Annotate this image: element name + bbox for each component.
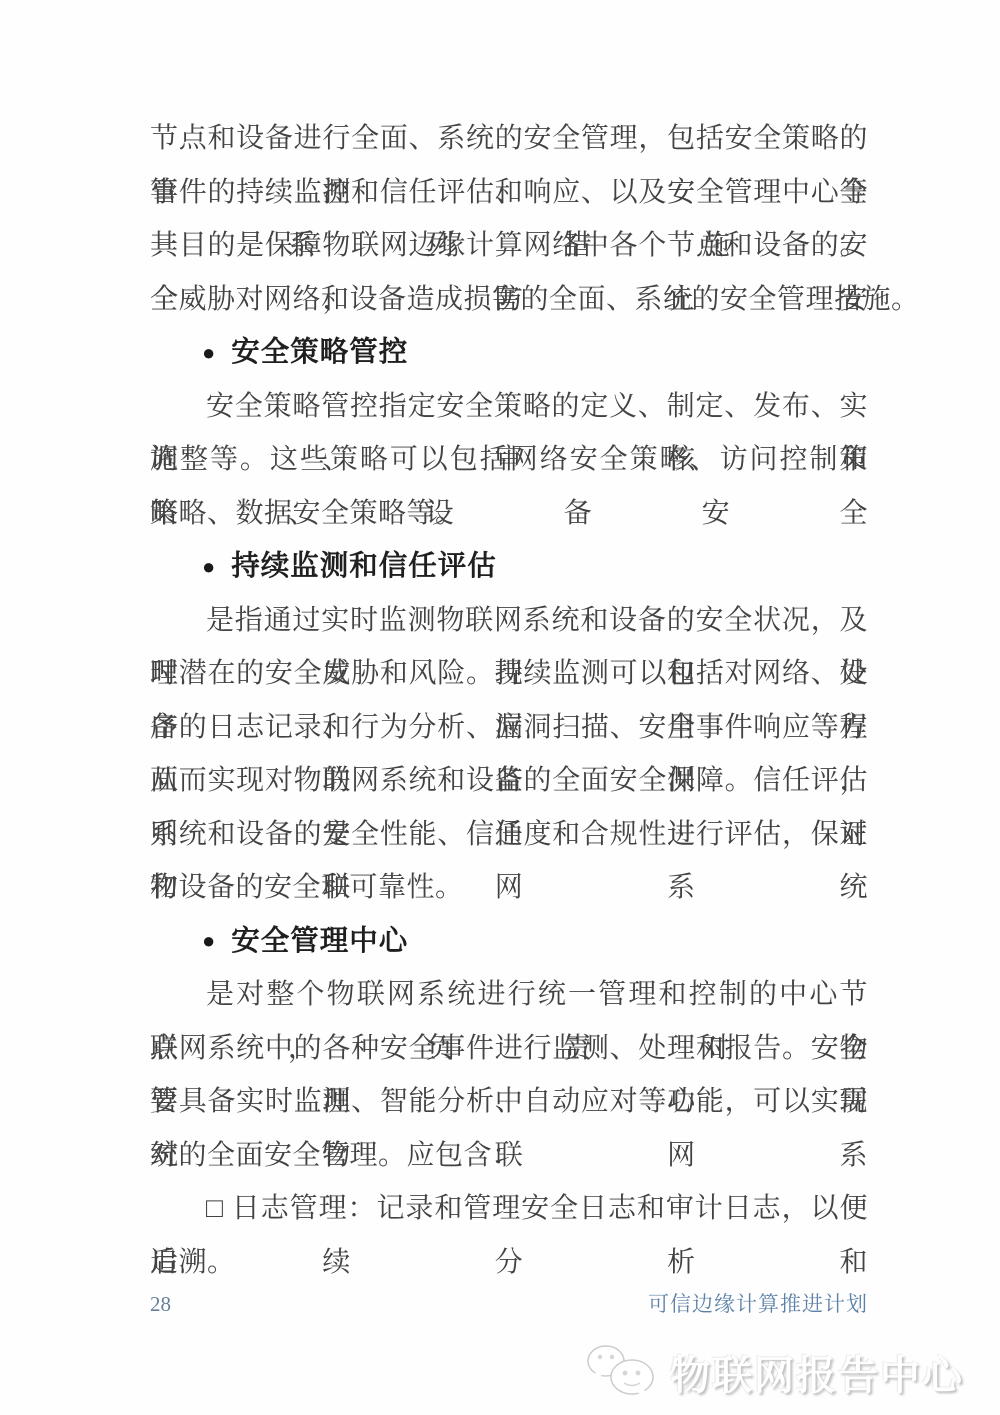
watermark-label: 物联网报告中心 — [670, 1344, 964, 1401]
text-line: 调整等。这些策略可以包括网络安全策略、访问控制策略、设备安全 — [150, 433, 868, 487]
text-line: 其目的是保障物联网边缘计算网络中各个节点和设备的安全，防止安 — [150, 219, 868, 273]
paragraph-security-center: 是对整个物联网系统进行统一管理和控制的中心节点，负责对物 联网系统中的各种安全事… — [150, 968, 868, 1182]
text-line: 全威胁对网络和设备造成损害的全面、系统的安全管理措施。 — [150, 273, 868, 327]
paragraph-monitoring: 是指通过实时监测物联网系统和设备的安全状况，及时发现和处 理潜在的安全威胁和风险… — [150, 594, 868, 915]
bullet-heading-policy-control: ● 安全策略管控 — [150, 326, 868, 380]
text-line: 事件的持续监测和信任评估和响应、以及安全管理中心等一系列措施。 — [150, 166, 868, 220]
bullet-heading-label: 安全策略管控 — [231, 326, 408, 380]
bullet-heading-security-center: ● 安全管理中心 — [150, 915, 868, 969]
paragraph-log-management: □ 日志管理：记录和管理安全日志和审计日志，以便后续分析和 追溯。 — [150, 1182, 868, 1289]
text-line: 从而实现对物联网系统和设备的全面安全保障。信任评估则是通过对 — [150, 754, 868, 808]
wechat-logo-icon — [582, 1339, 660, 1405]
bullet-icon: ● — [202, 342, 215, 364]
bullet-icon: ● — [202, 930, 215, 952]
text-line: 要具备实时监测、智能分析、自动应对等功能，可以实现对物联网系 — [150, 1075, 868, 1129]
text-line: 联网系统中的各种安全事件进行监测、处理和报告。安全管理中心需 — [150, 1022, 868, 1076]
text-line: 安全策略管控指定安全策略的定义、制定、发布、实施、审核和 — [150, 380, 868, 434]
page-footer: 28 可信边缘计算推进计划 — [150, 1288, 868, 1318]
watermark: 物联网报告中心 — [582, 1339, 964, 1405]
text-line: 理潜在的安全威胁和风险。持续监测可以包括对网络、设备和应用程 — [150, 647, 868, 701]
bullet-heading-label: 安全管理中心 — [231, 915, 408, 969]
paragraph-overview: 节点和设备进行全面、系统的安全管理，包括安全策略的管控、安全 事件的持续监测和信… — [150, 112, 868, 326]
bullet-heading-monitoring: ● 持续监测和信任评估 — [150, 540, 868, 594]
text-line: □ 日志管理：记录和管理安全日志和审计日志，以便后续分析和 — [150, 1182, 868, 1236]
text-line: 是对整个物联网系统进行统一管理和控制的中心节点，负责对物 — [150, 968, 868, 1022]
text-line: 系统和设备的安全性能、信任度和合规性进行评估，保证物联网系统 — [150, 808, 868, 862]
document-page: 节点和设备进行全面、系统的安全管理，包括安全策略的管控、安全 事件的持续监测和信… — [0, 0, 1000, 1415]
bullet-icon: ● — [202, 556, 215, 578]
footer-report-title: 可信边缘计算推进计划 — [648, 1288, 868, 1318]
paragraph-policy-control: 安全策略管控指定安全策略的定义、制定、发布、实施、审核和 调整等。这些策略可以包… — [150, 380, 868, 541]
bullet-heading-label: 持续监测和信任评估 — [231, 540, 497, 594]
page-number: 28 — [150, 1292, 171, 1317]
text-line: 节点和设备进行全面、系统的安全管理，包括安全策略的管控、安全 — [150, 112, 868, 166]
text-line: 是指通过实时监测物联网系统和设备的安全状况，及时发现和处 — [150, 594, 868, 648]
text-line: 序的日志记录、行为分析、漏洞扫描、安全事件响应等方面的监测， — [150, 701, 868, 755]
page-body: 节点和设备进行全面、系统的安全管理，包括安全策略的管控、安全 事件的持续监测和信… — [150, 112, 868, 1289]
